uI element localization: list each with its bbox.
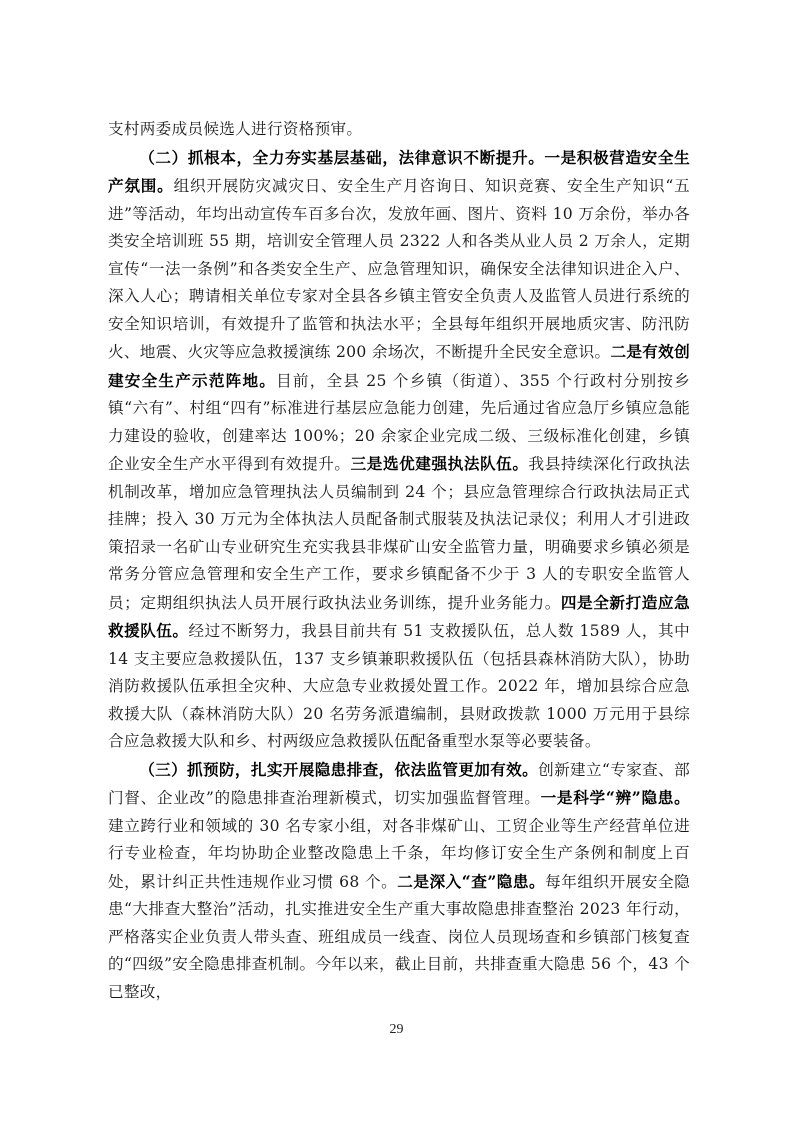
text-segment: 我县持续深化行政执法机制改革，增加应急管理执法人员编制到 24 个；县应急管理综… <box>108 455 690 612</box>
text-segment: 组织开展防灾减灾日、安全生产月咨询日、知识竞赛、安全生产知识“五进”等活动，年均… <box>108 177 690 361</box>
section-heading-3: （三）抓预防，扎实开展隐患排查，依法监管更加有效。 <box>139 760 538 779</box>
text-segment: 每年组织开展安全隐患“大排查大整治”活动，扎实推进安全生产重大事故隐患排查整治 … <box>108 873 690 1001</box>
text-segment: 经过不断努力，我县目前共有 51 支救援队伍，总人数 1589 人，其中 14 … <box>108 622 690 750</box>
paragraph-continuation: 支村两委成员候选人进行资格预审。 <box>108 116 690 144</box>
subheading-2-3: 三是选优建强执法队伍。 <box>351 454 529 473</box>
subheading-3-1: 一是科学“辨”隐患。 <box>541 788 690 807</box>
text-segment: 支村两委成员候选人进行资格预审。 <box>108 120 362 138</box>
paragraph-section-2: （二）抓根本，全力夯实基层基础，法律意识不断提升。一是积极营造安全生产氛围。组织… <box>108 144 690 756</box>
paragraph-section-3: （三）抓预防，扎实开展隐患排查，依法监管更加有效。创新建立“专家查、部门督、企业… <box>108 756 690 1007</box>
subheading-3-2: 二是深入“查”隐患。 <box>397 872 545 891</box>
document-body: 支村两委成员候选人进行资格预审。 （二）抓根本，全力夯实基层基础，法律意识不断提… <box>108 116 690 1006</box>
page-number: 29 <box>0 1022 793 1038</box>
